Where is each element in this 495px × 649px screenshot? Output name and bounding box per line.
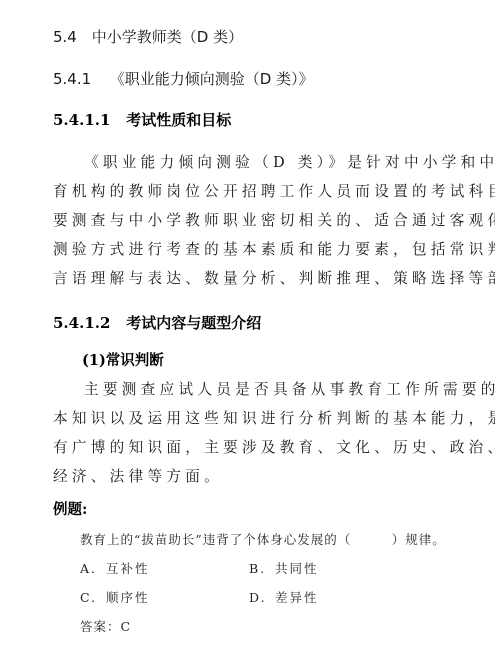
heading-exam-nature: 5.4.1.1 考试性质和目标 xyxy=(53,110,231,130)
option-text: 差异性 xyxy=(275,590,319,605)
example-answer: 答案：C xyxy=(80,617,131,637)
item-common-sense: (1)常识判断 xyxy=(82,351,164,371)
paragraph-line: 育机构的教师岗位公开招聘工作人员而设置的考试科目，主 xyxy=(53,182,495,202)
section-heading: 5.4 中小学教师类（D 类） xyxy=(53,27,243,47)
section-number: 5.4 xyxy=(53,27,87,47)
paragraph-line: 主要测查应试人员是否具备从事教育工作所需要的基 xyxy=(84,380,495,400)
heading-number: 5.4.1.1 xyxy=(53,110,121,130)
example-label: 例题: xyxy=(53,500,87,520)
option-c: C. 顺序性 xyxy=(80,588,150,608)
option-key: B. xyxy=(249,559,269,579)
option-text: 共同性 xyxy=(275,561,319,576)
paragraph-line: 要测查与中小学教师职业密切相关的、适合通过客观化纸笔 xyxy=(53,211,495,231)
option-key: D. xyxy=(249,588,269,608)
subsection-number: 5.4.1 xyxy=(53,69,105,89)
subsection-heading: 5.4.1 《职业能力倾向测验（D 类）》 xyxy=(53,69,314,89)
paragraph-line: 本知识以及运用这些知识进行分析判断的基本能力，是否具 xyxy=(53,409,495,429)
paragraph-line: 《职业能力倾向测验（D 类）》是针对中小学和中专等教 xyxy=(84,153,495,173)
section-title: 中小学教师类（D 类） xyxy=(92,28,243,46)
option-key: C. xyxy=(80,588,100,608)
option-d: D. 差异性 xyxy=(249,588,319,608)
paragraph-line: 言语理解与表达、数量分析、判断推理、策略选择等部分。 xyxy=(53,269,495,289)
option-b: B. 共同性 xyxy=(249,559,319,579)
option-text: 互补性 xyxy=(106,561,150,576)
option-text: 顺序性 xyxy=(106,590,150,605)
paragraph-line: 经济、法律等方面。 xyxy=(53,467,223,487)
option-key: A. xyxy=(80,559,100,579)
option-a: A. 互补性 xyxy=(80,559,150,579)
heading-title: 考试性质和目标 xyxy=(126,111,231,129)
heading-number: 5.4.1.2 xyxy=(53,313,121,333)
paragraph-line: 测验方式进行考查的基本素质和能力要素，包括常识判断、 xyxy=(53,240,495,260)
heading-title: 考试内容与题型介绍 xyxy=(126,314,261,332)
example-question: 教育上的“拔苗助长”违背了个体身心发展的（ ）规律。 xyxy=(80,530,446,550)
subsection-title: 《职业能力倾向测验（D 类）》 xyxy=(110,70,314,88)
heading-exam-content: 5.4.1.2 考试内容与题型介绍 xyxy=(53,313,261,333)
paragraph-line: 有广博的知识面，主要涉及教育、文化、历史、政治、自然、 xyxy=(53,438,495,458)
